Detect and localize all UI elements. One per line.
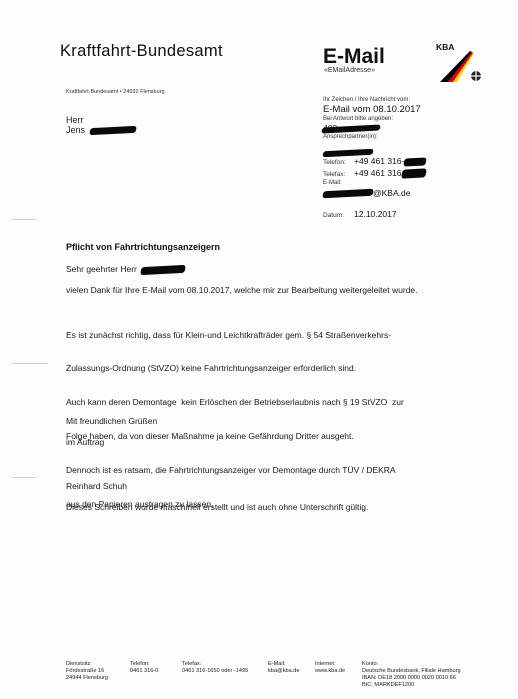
- footer-email: E-Mail: kba@kba.de: [268, 661, 300, 675]
- recipient-salutation: Herr: [66, 115, 136, 125]
- redaction-mark: [401, 169, 427, 179]
- greeting-row: Sehr geehrter Herr: [66, 264, 185, 274]
- your-reference-value: E-Mail vom 08.10.2017: [323, 104, 421, 115]
- footer-office: Dienstsitz: Fördestraße 16 24944 Flensbu…: [66, 661, 108, 682]
- closing: Mit freundlichen Grüßen: [66, 416, 157, 426]
- redaction-mark: [404, 157, 427, 166]
- phone-value: +49 461 316-: [354, 156, 404, 166]
- fold-mark: [12, 477, 36, 478]
- paragraph-line: Auch kann deren Demontage kein Erlöschen…: [66, 397, 404, 408]
- footer-fax: Telefax: 0461 316-1650 oder -1495: [182, 661, 248, 675]
- paragraph-line: Zulassungs-Ordnung (StVZO) keine Fahrtri…: [66, 363, 404, 374]
- email-label: E-Mail:: [323, 180, 342, 186]
- paragraph-line: Es ist zunächst richtig, dass für Klein-…: [66, 330, 404, 341]
- kba-logo: KBA: [434, 42, 484, 84]
- recipient-first-name: Jens: [66, 125, 85, 135]
- email-row: @KBA.de: [323, 188, 410, 198]
- date-label: Datum:: [323, 212, 354, 219]
- federal-eagle-icon: [470, 70, 482, 82]
- fax-value: +49 461 316: [354, 168, 402, 178]
- signatory-name: Reinhard Schuh: [66, 481, 127, 491]
- recipient-address: Herr Jens: [66, 115, 136, 135]
- date-value: 12.10.2017: [354, 209, 397, 219]
- phone-row: Telefon:+49 461 316-: [323, 156, 426, 166]
- your-reference-label: Ihr Zeichen / Ihre Nachricht vom:: [323, 97, 410, 103]
- redaction-mark: [140, 265, 186, 275]
- greeting: Sehr geehrter Herr: [66, 264, 137, 274]
- organization-name: Kraftfahrt-Bundesamt: [60, 42, 223, 61]
- paragraph-line: Folge haben, da von dieser Maßnahme ja k…: [66, 431, 404, 442]
- paragraph-line: Dennoch ist es ratsam, die Fahrtrichtung…: [66, 465, 404, 476]
- contact-person-label: Ansprechpartner(in):: [323, 134, 378, 140]
- footer-phone: Telefon: 0461 316-0: [130, 661, 158, 675]
- machine-generated-note: Dieses Schreiben wurde maschinell erstel…: [66, 502, 368, 512]
- footer-bank-account: Konto: Deutsche Bundesbank, Filiale Hamb…: [362, 661, 461, 689]
- fold-mark: [12, 363, 48, 364]
- fax-label: Telefax:: [323, 171, 354, 178]
- redaction-mark: [89, 126, 137, 135]
- date-row: Datum:12.10.2017: [323, 209, 397, 219]
- fold-mark: [12, 219, 36, 220]
- redaction-mark: [322, 189, 374, 199]
- sender-return-address: Kraftfahrt-Bundesamt • 24932 Flensburg: [66, 89, 165, 95]
- intro-text: vielen Dank für Ihre E-Mail vom 08.10.20…: [66, 285, 418, 295]
- email-address-placeholder: «EMailAdresse»: [324, 67, 375, 74]
- email-value: @KBA.de: [373, 188, 410, 198]
- phone-label: Telefon:: [323, 159, 354, 166]
- reply-reference-value: 400: [323, 123, 380, 133]
- footer-internet: Internet: www.kba.de: [315, 661, 345, 675]
- letter-subject: Pflicht von Fahrtrichtungsanzeigern: [66, 242, 220, 252]
- reply-reference-label: Bei Antwort bitte angeben:: [323, 116, 393, 122]
- document-type-title: E-Mail: [323, 45, 385, 69]
- fax-row: Telefax:+49 461 316: [323, 168, 426, 178]
- on-behalf: im Auftrag: [66, 437, 104, 447]
